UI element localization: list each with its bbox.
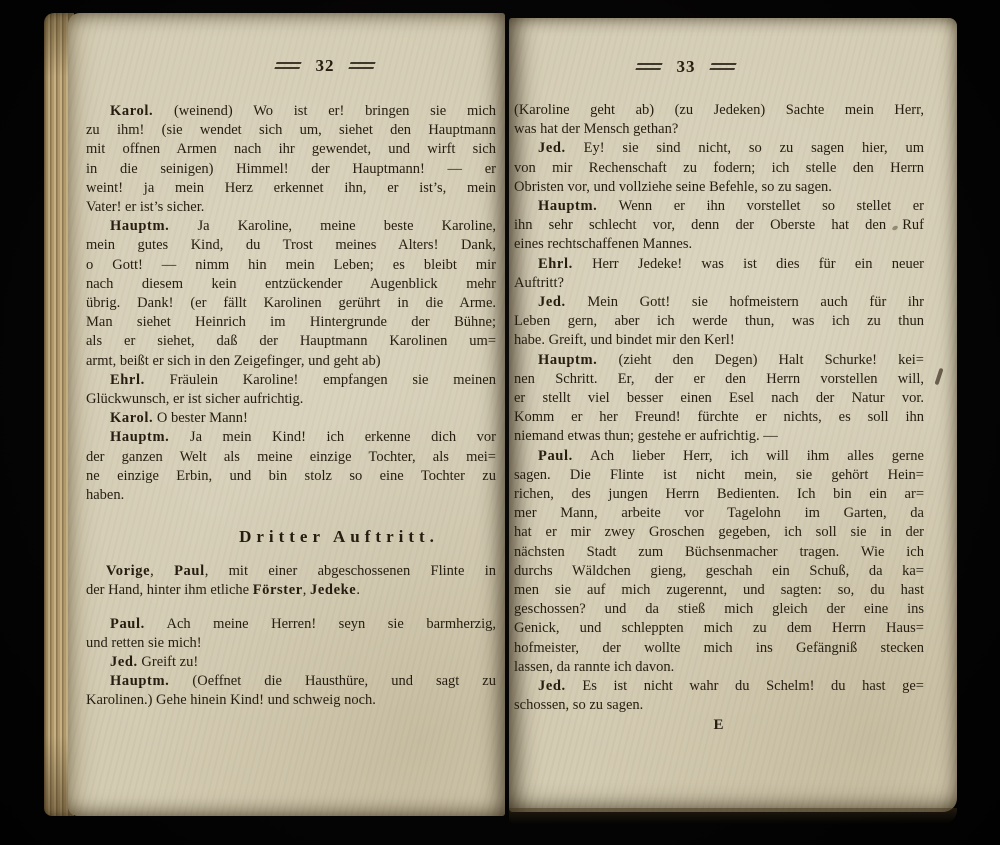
text-line: übrig. Dank! (er fällt Karolinen gerührt…: [86, 294, 496, 313]
text-line: armt, beißt er sich in den Zeigefinger, …: [86, 352, 496, 371]
header-rule-left-icon: [635, 63, 662, 70]
speech-paragraph: Hauptm. (Oeffnet die Hausthüre, und sagt…: [86, 672, 496, 710]
text-line: Karol. O bester Mann!: [86, 409, 496, 428]
scene-heading: Dritter Auftritt.: [134, 525, 544, 548]
text-line: mein gutes Kind, du Trost meines Alters!…: [86, 236, 496, 255]
text-line: Dritter Auftritt.: [134, 525, 544, 548]
text-line: Jed. Ey! sie sind nicht, so zu sagen hie…: [514, 139, 924, 158]
text-line: hofmeister, der wollte mich ins Gefängni…: [514, 639, 924, 658]
text-line: schossen, so zu sagen.: [514, 696, 924, 715]
header-rule-right-icon: [348, 62, 375, 69]
text-line: der Hand, hinter ihm etliche Förster, Je…: [86, 581, 496, 600]
text-line: Karolinen.) Gehe hinein Kind! und schwei…: [86, 691, 496, 710]
text-line: (Karoline geht ab) (zu Jedeken) Sachte m…: [514, 101, 924, 120]
page-right-text: (Karoline geht ab) (zu Jedeken) Sachte m…: [514, 101, 924, 735]
speech-paragraph: Karol. O bester Mann!: [86, 409, 496, 428]
text-line: zu ihm! (sie wendet sich um, siehet den …: [86, 121, 496, 140]
page-left-text: Karol. (weinend) Wo ist er! bringen sie …: [86, 102, 496, 711]
text-line: Paul. Ach lieber Herr, ich will ihm alle…: [514, 447, 924, 466]
page-left-header: 32: [276, 57, 375, 74]
text-line: mit offnen Armen nach ihr gewendet, und …: [86, 140, 496, 159]
text-line: Hauptm. Ja Karoline, meine beste Karolin…: [86, 217, 496, 236]
text-line: o Gott! — nimm hin mein Leben; es bleibt…: [86, 256, 496, 275]
text-line: was hat der Mensch gethan?: [514, 120, 924, 139]
text-line: mer Mann, arbeite vor Tagelohn im Garten…: [514, 504, 924, 523]
text-line: sagen. Die Flinte ist nicht mein, sie ge…: [514, 466, 924, 485]
speech-paragraph: Karol. (weinend) Wo ist er! bringen sie …: [86, 102, 496, 217]
text-line: weint! ja mein Herz erkennet ihn, er ist…: [86, 179, 496, 198]
signature-mark: E: [514, 716, 924, 735]
text-line: habe. Greift, und bindet mir den Kerl!: [514, 331, 924, 350]
text-line: Genick, und schleppten mich zu dem Herrn…: [514, 619, 924, 638]
speech-paragraph: (Karoline geht ab) (zu Jedeken) Sachte m…: [514, 101, 924, 139]
speech-paragraph: Jed. Ey! sie sind nicht, so zu sagen hie…: [514, 139, 924, 197]
text-line: eines rechtschaffenen Mannes.: [514, 235, 924, 254]
text-line: Hauptm. (zieht den Degen) Halt Schurke! …: [514, 351, 924, 370]
speech-paragraph: Hauptm. (zieht den Degen) Halt Schurke! …: [514, 351, 924, 447]
text-line: Leben gern, aber ich werde thun, was ich…: [514, 312, 924, 331]
page-number-left: 32: [316, 57, 335, 74]
text-line: Komm er her Freund! fürchte er nichts, e…: [514, 408, 924, 427]
text-line: Hauptm. Ja mein Kind! ich erkenne dich v…: [86, 428, 496, 447]
text-line: ne einzige Erbin, und bin stolz so eine …: [86, 467, 496, 486]
text-line: niemand etwas thun; gestehe er aufrichti…: [514, 427, 924, 446]
text-line: als er siehet, daß der Hauptmann Karolin…: [86, 332, 496, 351]
text-line: Auftritt?: [514, 274, 924, 293]
text-line: Jed. Greift zu!: [86, 653, 496, 672]
text-line: er stellt viel besser einen Esel nach de…: [514, 389, 924, 408]
text-line: ihn sehr schlecht vor, denn der Oberste …: [514, 216, 924, 235]
text-line: und retten sie mich!: [86, 634, 496, 653]
book-photo: 32 Karol. (weinend) Wo ist er! bringen s…: [0, 0, 1000, 845]
text-line: Jed. Mein Gott! sie hofmeistern auch für…: [514, 293, 924, 312]
speech-paragraph: Jed. Mein Gott! sie hofmeistern auch für…: [514, 293, 924, 351]
speech-paragraph: Ehrl. Herr Jedeke! was ist dies für ein …: [514, 255, 924, 293]
page-left: 32 Karol. (weinend) Wo ist er! bringen s…: [68, 13, 505, 816]
text-line: geschossen? und da stieß mich gleich der…: [514, 600, 924, 619]
text-line: Vorige, Paul, mit einer abgeschossenen F…: [86, 562, 496, 581]
speech-paragraph: Jed. Es ist nicht wahr du Schelm! du has…: [514, 677, 924, 715]
text-line: nächsten Stadt zum Büchsenmacher tragen.…: [514, 543, 924, 562]
text-line: Paul. Ach meine Herren! seyn sie barmher…: [86, 615, 496, 634]
text-line: lassen, da rannte ich davon.: [514, 658, 924, 677]
text-line: der ganzen Welt als meine einzige Tochte…: [86, 448, 496, 467]
header-rule-right-icon: [709, 63, 736, 70]
text-line: men sie auf mich zugerennt, und sagten: …: [514, 581, 924, 600]
text-line: in die seinigen) Himmel! der Hauptmann! …: [86, 160, 496, 179]
text-line: Ehrl. Herr Jedeke! was ist dies für ein …: [514, 255, 924, 274]
text-line: Karol. (weinend) Wo ist er! bringen sie …: [86, 102, 496, 121]
text-line: richen, des jungen Herrn Bedienten. Ich …: [514, 485, 924, 504]
text-line: haben.: [86, 486, 496, 505]
text-line: Glückwunsch, er ist sicher aufrichtig.: [86, 390, 496, 409]
text-line: durchs Wäldchen gieng, geschah ein Schuß…: [514, 562, 924, 581]
text-line: Jed. Es ist nicht wahr du Schelm! du has…: [514, 677, 924, 696]
speech-paragraph: Hauptm. Ja Karoline, meine beste Karolin…: [86, 217, 496, 371]
header-rule-left-icon: [274, 62, 301, 69]
text-line: Vater! er ist’s sicher.: [86, 198, 496, 217]
page-bottom-shadow: [509, 808, 957, 824]
speech-paragraph: Hauptm. Wenn er ihn vorstellet so stelle…: [514, 197, 924, 255]
text-line: hat er mir zwey Groschen gegeben, ich so…: [514, 523, 924, 542]
page-right: 33 (Karoline geht ab) (zu Jedeken) Sacht…: [509, 18, 957, 812]
text-line: Man siehet Heinrich im Hintergrunde der …: [86, 313, 496, 332]
speech-paragraph: Ehrl. Fräulein Karoline! empfangen sie m…: [86, 371, 496, 409]
speech-paragraph: Paul. Ach lieber Herr, ich will ihm alle…: [514, 447, 924, 677]
text-line: Obristen vor, und vollziehe seine Befehl…: [514, 178, 924, 197]
text-line: Hauptm. (Oeffnet die Hausthüre, und sagt…: [86, 672, 496, 691]
page-number-right: 33: [677, 58, 696, 75]
text-line: Ehrl. Fräulein Karoline! empfangen sie m…: [86, 371, 496, 390]
speech-paragraph: Paul. Ach meine Herren! seyn sie barmher…: [86, 615, 496, 653]
text-line: Hauptm. Wenn er ihn vorstellet so stelle…: [514, 197, 924, 216]
ink-smudge: [934, 368, 943, 385]
text-line: von mir Rechenschaft zu fodern; ich stel…: [514, 159, 924, 178]
text-line: nen Schritt. Er, der er den Herrn vorste…: [514, 370, 924, 389]
page-right-header: 33: [637, 58, 736, 75]
text-line: nach diesem kein entzückender Augenblick…: [86, 275, 496, 294]
speech-paragraph: Jed. Greift zu!: [86, 653, 496, 672]
stage-direction: Vorige, Paul, mit einer abgeschossenen F…: [86, 562, 496, 600]
speech-paragraph: Hauptm. Ja mein Kind! ich erkenne dich v…: [86, 428, 496, 505]
